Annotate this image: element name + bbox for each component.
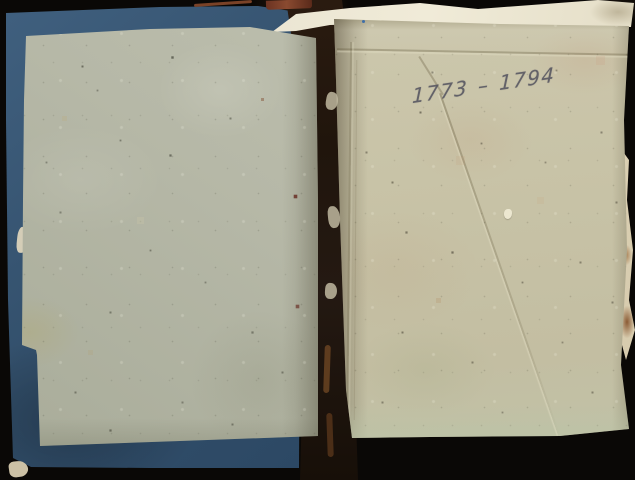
paper-grain-left [22, 27, 318, 446]
foxing-specks-right [0, 0, 1, 1]
archival-book-scan: 1773 – 1794 [0, 0, 635, 480]
inscription-date-range: 1773 – 1794 [412, 61, 581, 106]
crease-diagonal-main [439, 93, 560, 435]
spine-headband [266, 0, 312, 10]
right-edge-shadow [612, 20, 635, 435]
foxing-specks-left [0, 0, 1, 1]
spine-cord [194, 0, 252, 7]
ink-speck-blue-1 [362, 20, 365, 23]
gutter-shadow-left [282, 27, 319, 439]
bottom-tone-band [336, 404, 630, 438]
paper-fleck-white [504, 209, 512, 219]
